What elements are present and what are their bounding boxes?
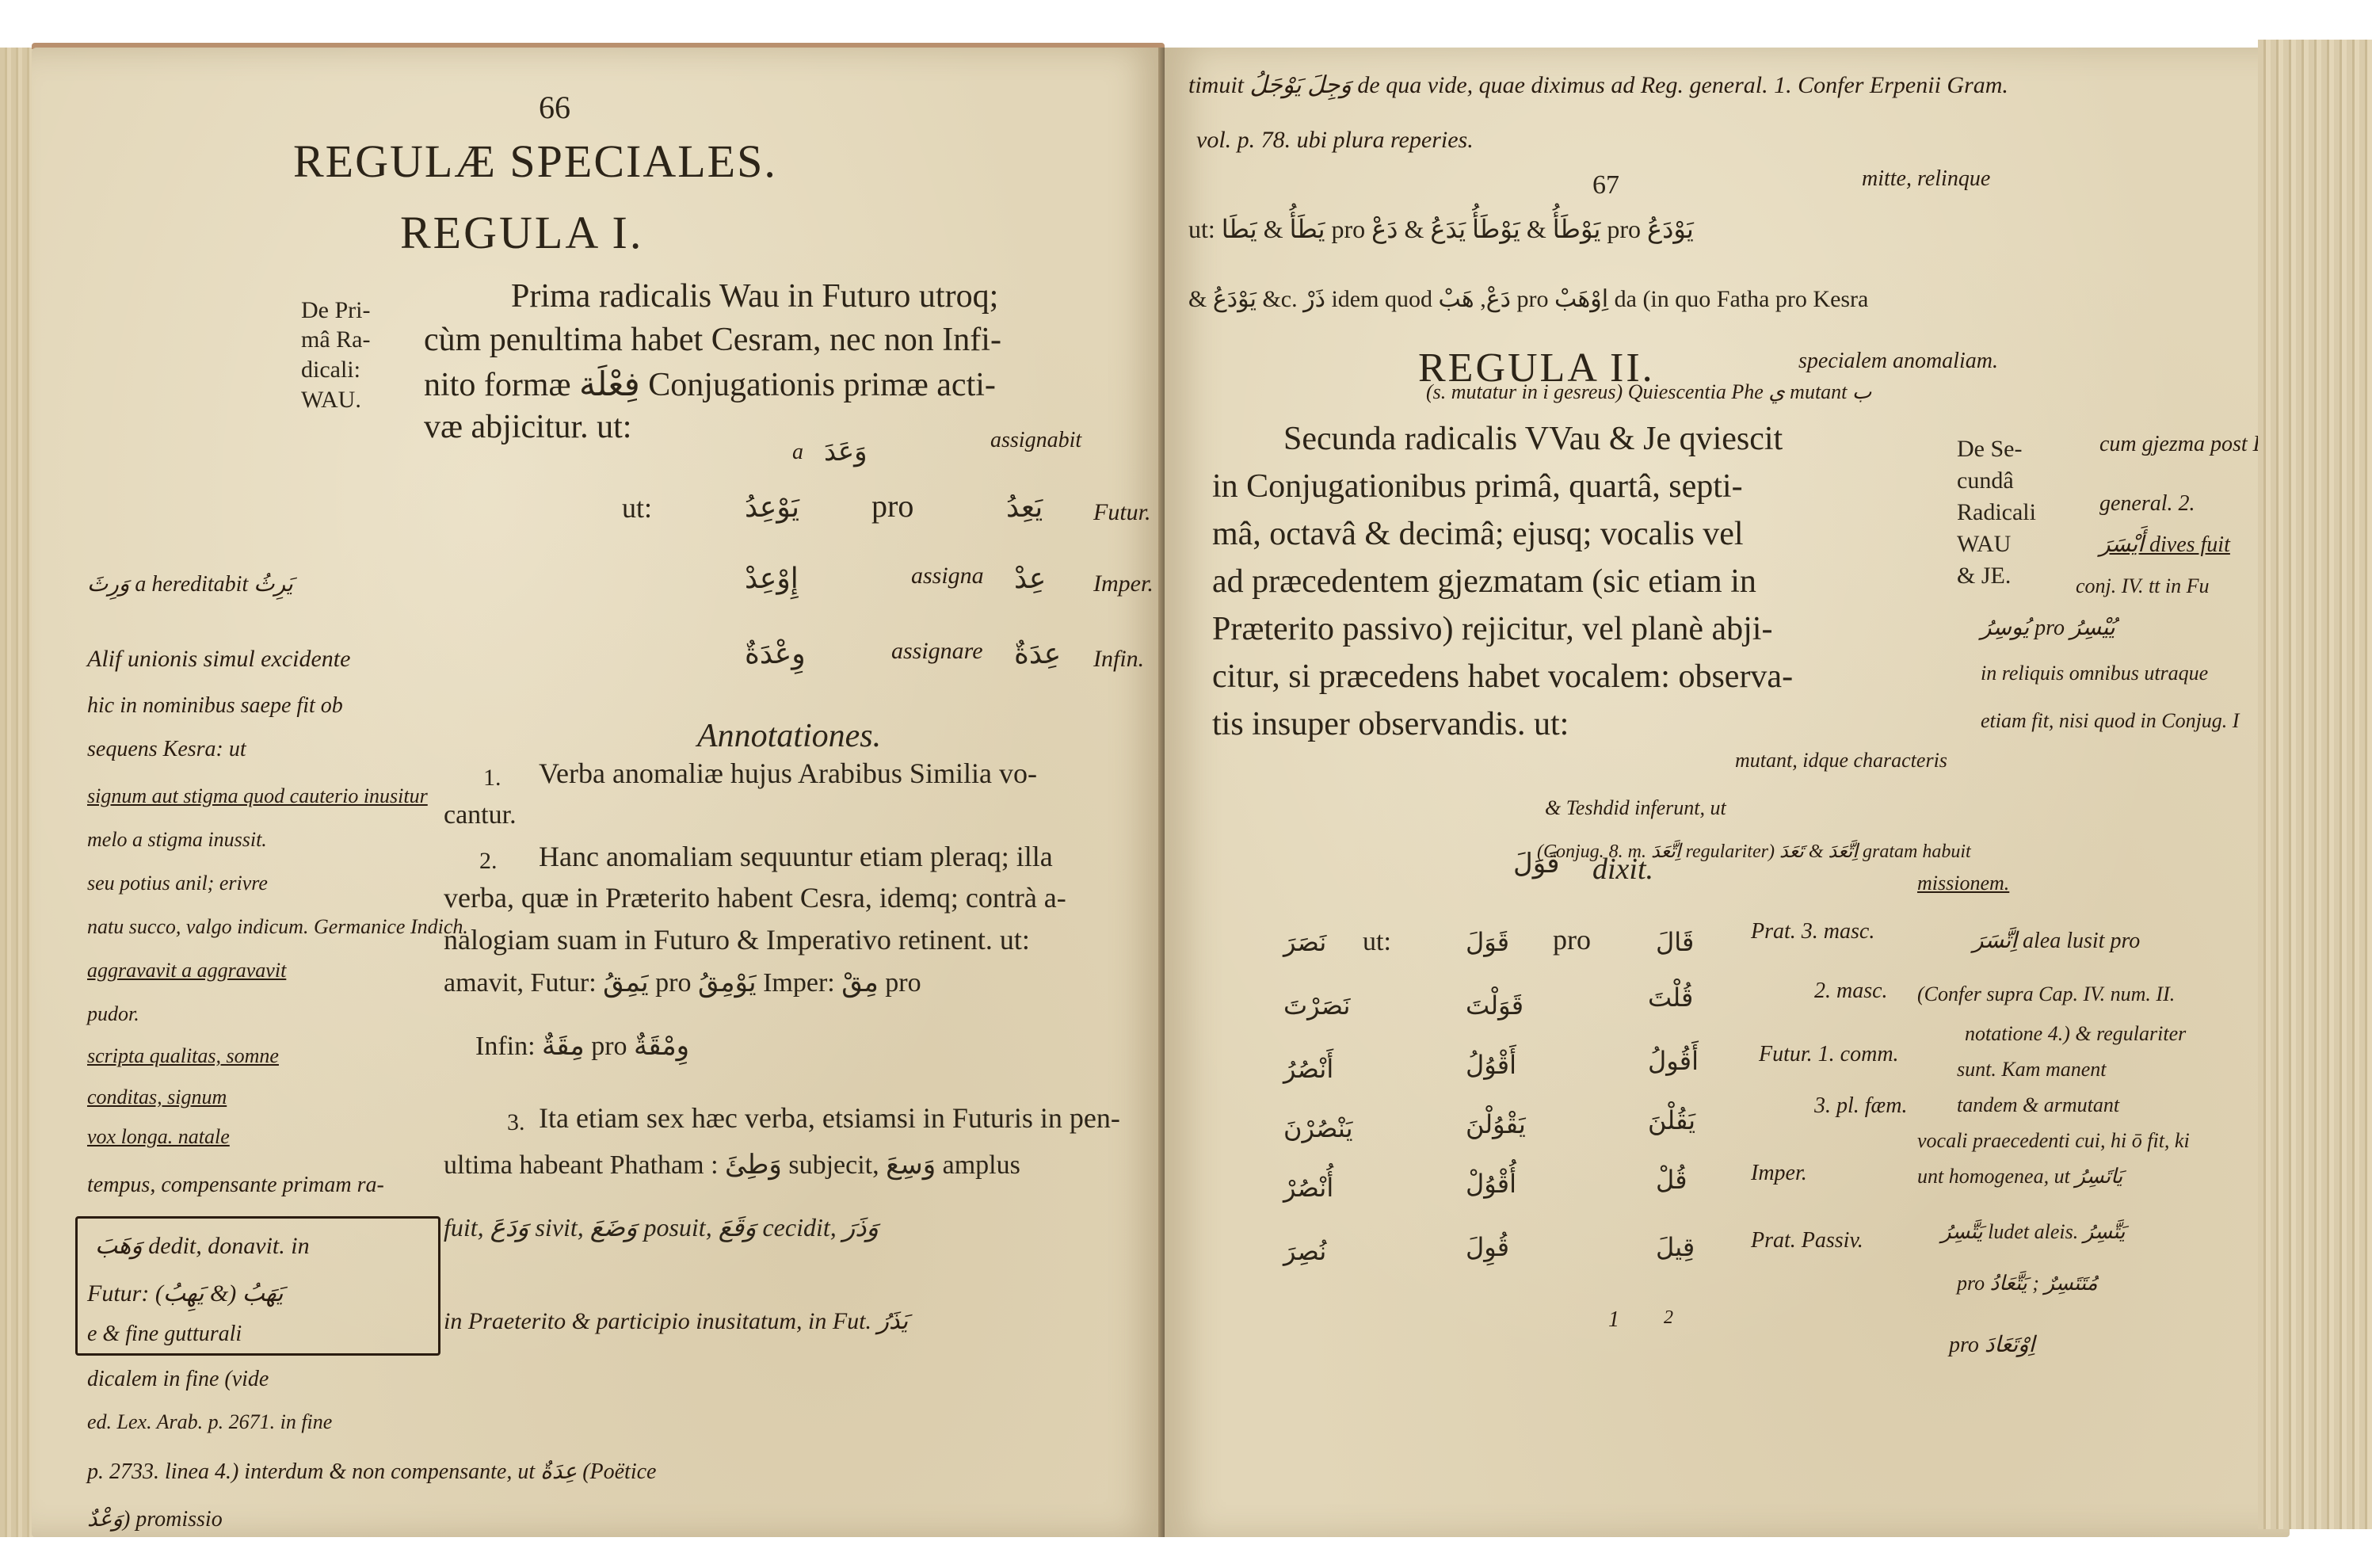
page-title: REGULÆ SPECIALES. (293, 135, 777, 188)
margin-gloss: mitte, relinque (1862, 166, 1990, 192)
right-page: timuit وَجِلَ يَوْجَلُ de qua vide, quae… (1165, 48, 2290, 1537)
left-page: 66 REGULÆ SPECIALES. REGULA I. De Pri- m… (32, 48, 1165, 1537)
page-number: 66 (539, 89, 570, 126)
right-page-edges (2258, 40, 2372, 1529)
annotations-heading: Annotationes. (697, 717, 881, 755)
section-title: REGULA I. (400, 206, 643, 259)
open-book: 66 REGULÆ SPECIALES. REGULA I. De Pri- m… (0, 32, 2372, 1537)
page-number: 67 (1592, 170, 1619, 200)
